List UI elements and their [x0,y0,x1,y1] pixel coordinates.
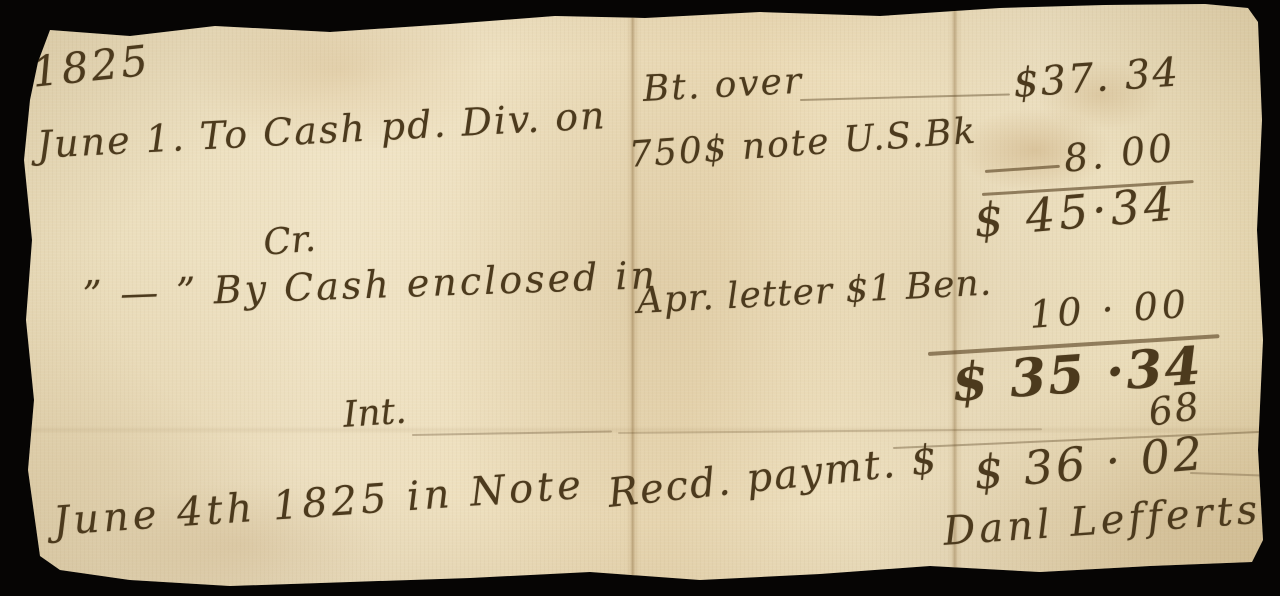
subtotal-amount: $ 45·34 [972,180,1179,244]
debit-entry-note: 750$ note U.S.Bk [628,114,978,174]
signature: Danl Lefferts [942,490,1262,552]
footer-date-note: June 4th 1825 in Note [52,465,586,542]
ink-rule-interest-dash-b [618,428,1042,434]
ink-rule-debit-dash [985,165,1060,173]
brought-over-label: Bt. over [642,64,804,108]
received-payment-text: Recd. paymt. $ [606,439,941,514]
credit-amount: 10 · 00 [1028,285,1191,334]
brought-over-amount: $37. 34 [1012,52,1181,104]
ink-rule-interest-dash-a [412,431,612,436]
debit-entry-line: June 1. To Cash pd. Div. on [36,96,607,164]
interest-label: Int. [342,394,408,434]
credit-entry-line: ” — ” By Cash enclosed in [82,256,659,314]
scanned-document: 1825 Bt. over $37. 34 June 1. To Cash pd… [0,0,1280,596]
total-amount: $ 36 · 02 [972,430,1207,496]
paper-sheet: 1825 Bt. over $37. 34 June 1. To Cash pd… [0,0,1280,596]
ink-rule-brought-over [800,94,1010,101]
credit-entry-note: Apr. letter $1 Ben. [636,265,993,320]
credit-header: Cr. [262,221,317,261]
year-heading: 1825 [30,40,153,94]
interest-amount: 68 [1146,387,1203,432]
debit-amount: 8. 00 [1062,128,1177,177]
